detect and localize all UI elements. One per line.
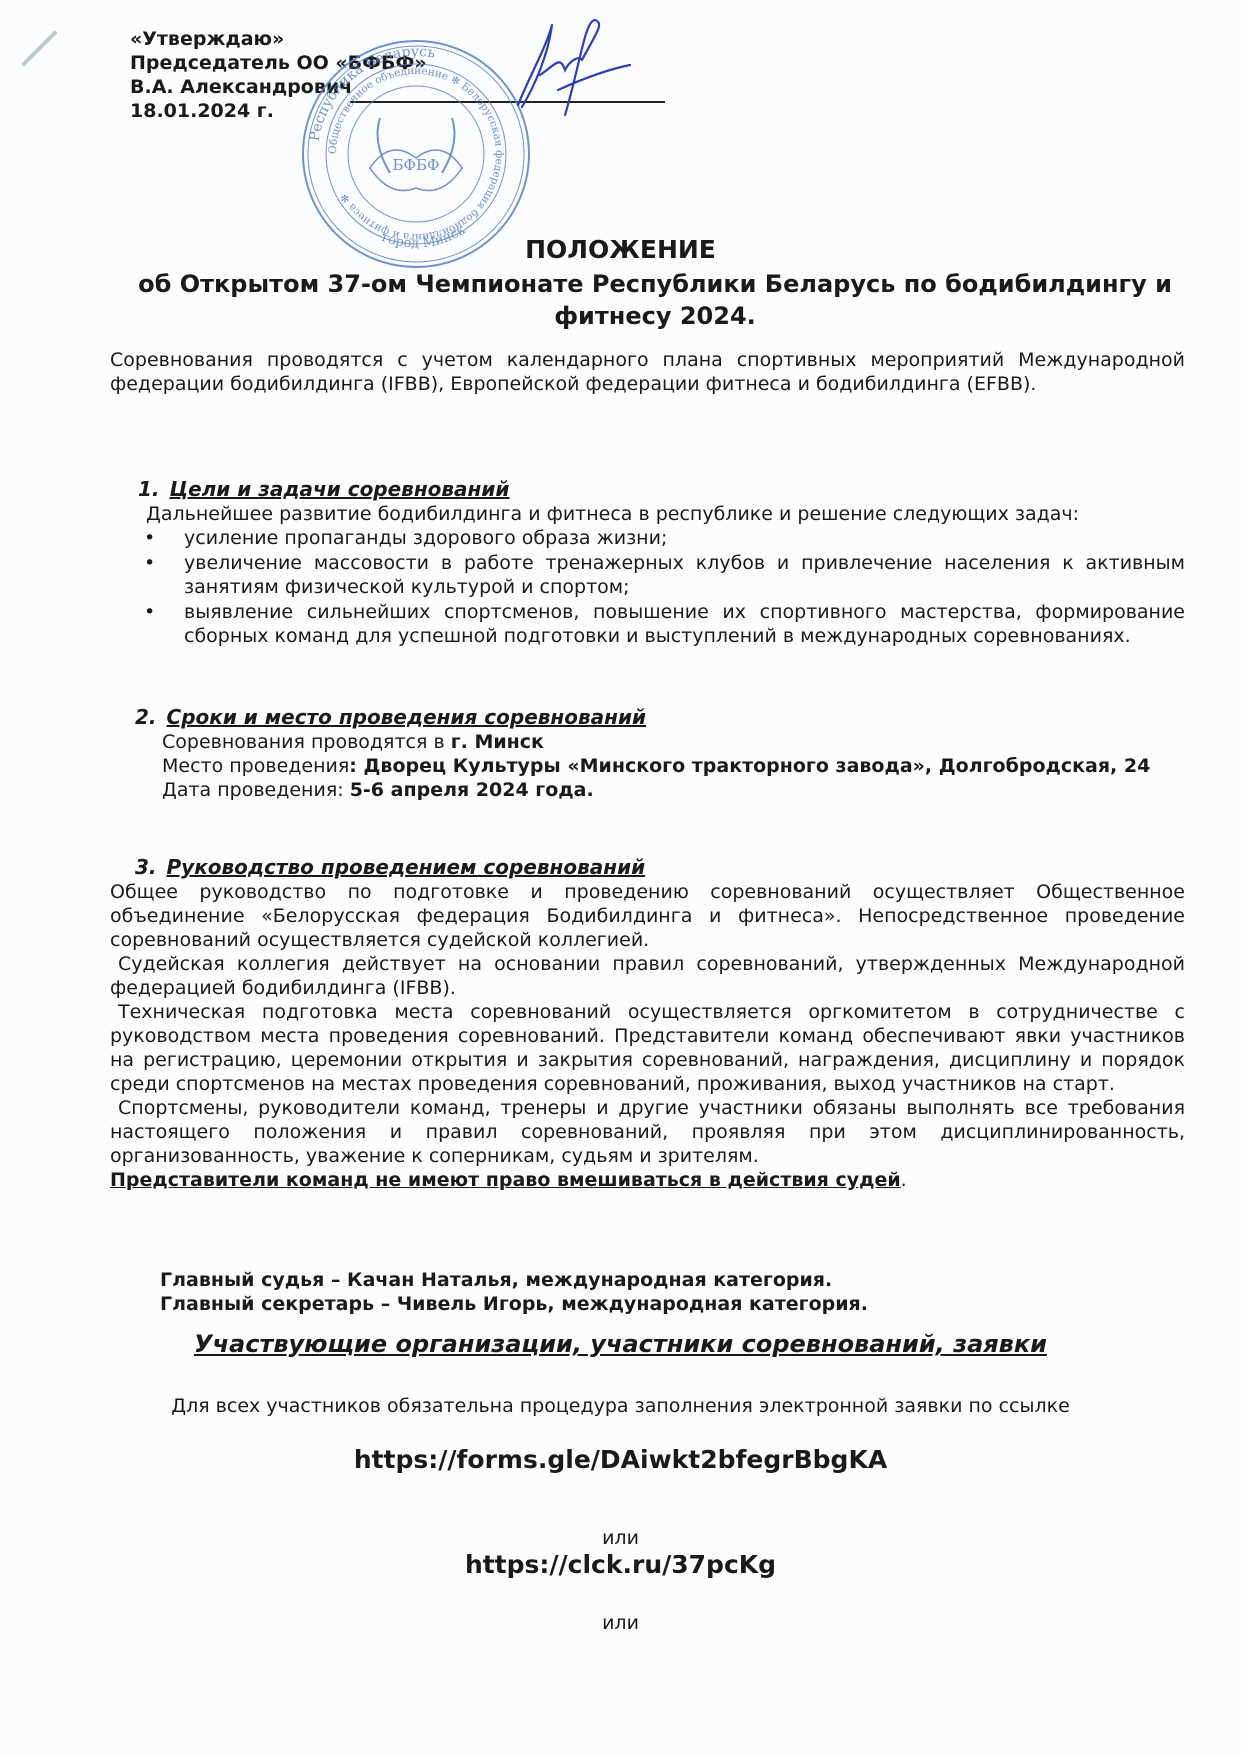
section-1-number: 1.	[138, 477, 160, 501]
venue-line: Место проведения: Дворец Культуры «Минск…	[110, 754, 1185, 778]
list-item: увеличение массовости в работе тренажерн…	[140, 551, 1185, 599]
warning-period: .	[901, 1169, 907, 1191]
section-3-paragraph: Спортсмены, руководители команд, тренеры…	[110, 1096, 1185, 1168]
chief-secretary: Главный секретарь – Чивель Игорь, междун…	[160, 1292, 868, 1316]
city-label: Соревнования проводятся в	[162, 731, 451, 753]
section-1-title: Цели и задачи соревнований	[170, 477, 510, 501]
svg-text:Общественное объединение ✻ Бел: Общественное объединение ✻ Белорусская ф…	[327, 65, 505, 243]
date-line: Дата проведения: 5-6 апреля 2024 года.	[110, 778, 1185, 802]
document-title: ПОЛОЖЕНИЕ	[0, 235, 1241, 264]
city-value: г. Минск	[451, 731, 544, 753]
section-3-paragraph: Общее руководство по подготовке и провед…	[110, 880, 1185, 952]
section-3-paragraph: Судейская коллегия действует на основани…	[110, 952, 1185, 1000]
short-link[interactable]: https://clck.ru/37pcKg	[465, 1550, 776, 1579]
section-1-lead: Дальнейшее развитие бодибилдинга и фитне…	[146, 502, 1079, 526]
section-3-warning: Представители команд не имеют право вмеш…	[110, 1168, 1185, 1192]
section-2-heading: 2.Сроки и место проведения соревнований	[135, 705, 646, 729]
list-item: усиление пропаганды здорового образа жиз…	[140, 526, 1185, 550]
section-3-body: Общее руководство по подготовке и провед…	[110, 880, 1185, 1192]
document-subtitle: об Открытом 37-ом Чемпионате Республики …	[125, 268, 1185, 332]
or-separator: или	[0, 1527, 1241, 1549]
participation-heading: Участвующие организации, участники сорев…	[0, 1330, 1241, 1358]
section-2-title: Сроки и место проведения соревнований	[167, 705, 646, 729]
warning-text: Представители команд не имеют право вмеш…	[110, 1169, 901, 1191]
venue-label: Место проведения	[162, 755, 349, 777]
intro-paragraph: Соревнования проводятся с учетом календа…	[110, 348, 1185, 396]
date-value: 5-6 апреля 2024 года.	[350, 779, 594, 801]
google-forms-link[interactable]: https://forms.gle/DAiwkt2bfegrBbgKA	[354, 1445, 887, 1474]
section-2-body: Соревнования проводятся в г. Минск Место…	[110, 730, 1185, 802]
or-separator: или	[0, 1612, 1241, 1634]
officials-block: Главный судья – Качан Наталья, междунаро…	[160, 1268, 868, 1316]
signature-icon	[510, 15, 650, 125]
section-1-heading: 1.Цели и задачи соревнований	[138, 477, 509, 501]
list-item: выявление сильнейших спортсменов, повыше…	[140, 600, 1185, 648]
scan-mark	[21, 30, 58, 67]
section-3-number: 3.	[135, 855, 157, 879]
section-3-heading: 3.Руководство проведением соревнований	[135, 855, 645, 879]
chief-judge: Главный судья – Качан Наталья, междунаро…	[160, 1268, 868, 1292]
registration-link-short[interactable]: https://clck.ru/37pcKg	[0, 1550, 1241, 1579]
section-3-title: Руководство проведением соревнований	[167, 855, 646, 879]
svg-text:БФБФ: БФБФ	[393, 156, 440, 174]
venue-value: : Дворец Культуры «Минского тракторного …	[349, 755, 1150, 777]
section-1-bullet-list: усиление пропаганды здорового образа жиз…	[140, 526, 1185, 649]
svg-text:Республика Беларусь: Республика Беларусь	[307, 44, 437, 142]
registration-link-google-forms[interactable]: https://forms.gle/DAiwkt2bfegrBbgKA	[0, 1445, 1241, 1474]
section-3-paragraph: Техническая подготовка места соревновани…	[110, 1000, 1185, 1096]
date-label: Дата проведения:	[162, 779, 350, 801]
section-2-number: 2.	[135, 705, 157, 729]
registration-note: Для всех участников обязательна процедур…	[0, 1395, 1241, 1417]
city-line: Соревнования проводятся в г. Минск	[110, 730, 1185, 754]
